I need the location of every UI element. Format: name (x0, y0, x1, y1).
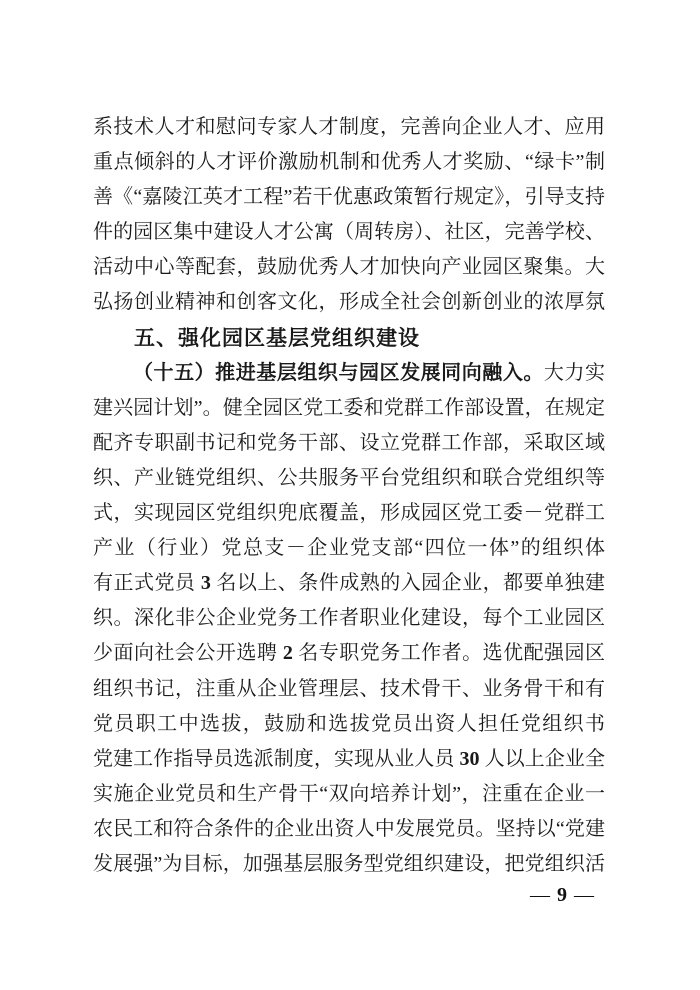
numeral: 30 (460, 748, 480, 770)
document-page: 系技术人才和慰问专家人才制度，完善向企业人才、应用型人才 重点倾斜的人才评价激励… (0, 0, 700, 990)
paragraph-line: （十五）推进基层组织与园区发展同向融入。大力实施“党 (93, 356, 605, 391)
paragraph-line: 建兴园计划”。健全园区党工委和党群工作部设置，在规定职数内 (93, 391, 605, 426)
line-text: 少面向社会公开选聘 (93, 642, 283, 664)
paragraph-line: 式，实现园区党组织兜底覆盖，形成园区党工委－党群工作部－ (93, 496, 605, 531)
page-number-dash-left: — (530, 882, 550, 908)
section-heading: 五、强化园区基层党组织建设 (93, 321, 605, 356)
paragraph-line: 少面向社会公开选聘 2 名专职党务工作者。选优配强园区企业党 (93, 636, 605, 671)
paragraph-line: 农民工和符合条件的企业出资人中发展党员。坚持以“党建强、 (93, 812, 605, 847)
paragraph-line: 善《“嘉陵江英才工程”若干优惠政策暂行规定》，引导支持有条 (93, 180, 605, 215)
paragraph-line: 产业（行业）党总支－企业党支部“四位一体”的组织体系。凡 (93, 531, 605, 566)
paragraph-line: 织、产业链党组织、公共服务平台党组织和联合党组织等组建形 (93, 461, 605, 496)
paragraph-line: 活动中心等配套，鼓励优秀人才加快向产业园区聚集。大力培育 (93, 250, 605, 285)
paragraph-line: 实施企业党员和生产骨干“双向培养计划”，注重在企业一线职工、 (93, 777, 605, 812)
paragraph-line: 配齐专职副书记和党务干部、设立党群工作部，采取区域性党组 (93, 426, 605, 461)
paragraph-line: 重点倾斜的人才评价激励机制和优秀人才奖励、“绿卡”制度；完 (93, 145, 605, 180)
clause-lead: （十五）推进基层组织与园区发展同向融入。 (133, 362, 544, 384)
paragraph-line: 党建工作指导员选派制度，实现从业人员 30 人以上企业全覆盖。 (93, 742, 605, 777)
paragraph-line: 发展强”为目标，加强基层服务型党组织建设，把党组织活动融 (93, 847, 605, 882)
page-number-value: 9 (557, 882, 567, 908)
paragraph-line: 件的园区集中建设人才公寓（周转房）、社区，完善学校、医院、 (93, 215, 605, 250)
page-number-dash-right: — (574, 882, 594, 908)
paragraph-line: 弘扬创业精神和创客文化，形成全社会创新创业的浓厚氛围。 (93, 285, 605, 320)
paragraph-line: 系技术人才和慰问专家人才制度，完善向企业人才、应用型人才 (93, 110, 605, 145)
paragraph-line: 织。深化非公企业党务工作者职业化建设，每个工业园区每年至 (93, 601, 605, 636)
line-text: 党建工作指导员选派制度，实现从业人员 (93, 748, 460, 770)
page-number: — 9 — (530, 882, 594, 908)
paragraph-line: 党员职工中选拔，鼓励和选拔党员出资人担任党组织书记。完善 (93, 707, 605, 742)
paragraph-line: 组织书记，注重从企业管理层、技术骨干、业务骨干和有威信的 (93, 672, 605, 707)
paragraph-line: 有正式党员 3 名以上、条件成熟的入园企业，都要单独建立党组 (93, 566, 605, 601)
numeral: 2 (283, 642, 293, 664)
line-text: 有正式党员 (93, 572, 201, 594)
document-body: 系技术人才和慰问专家人才制度，完善向企业人才、应用型人才 重点倾斜的人才评价激励… (93, 110, 605, 882)
numeral: 3 (201, 572, 211, 594)
